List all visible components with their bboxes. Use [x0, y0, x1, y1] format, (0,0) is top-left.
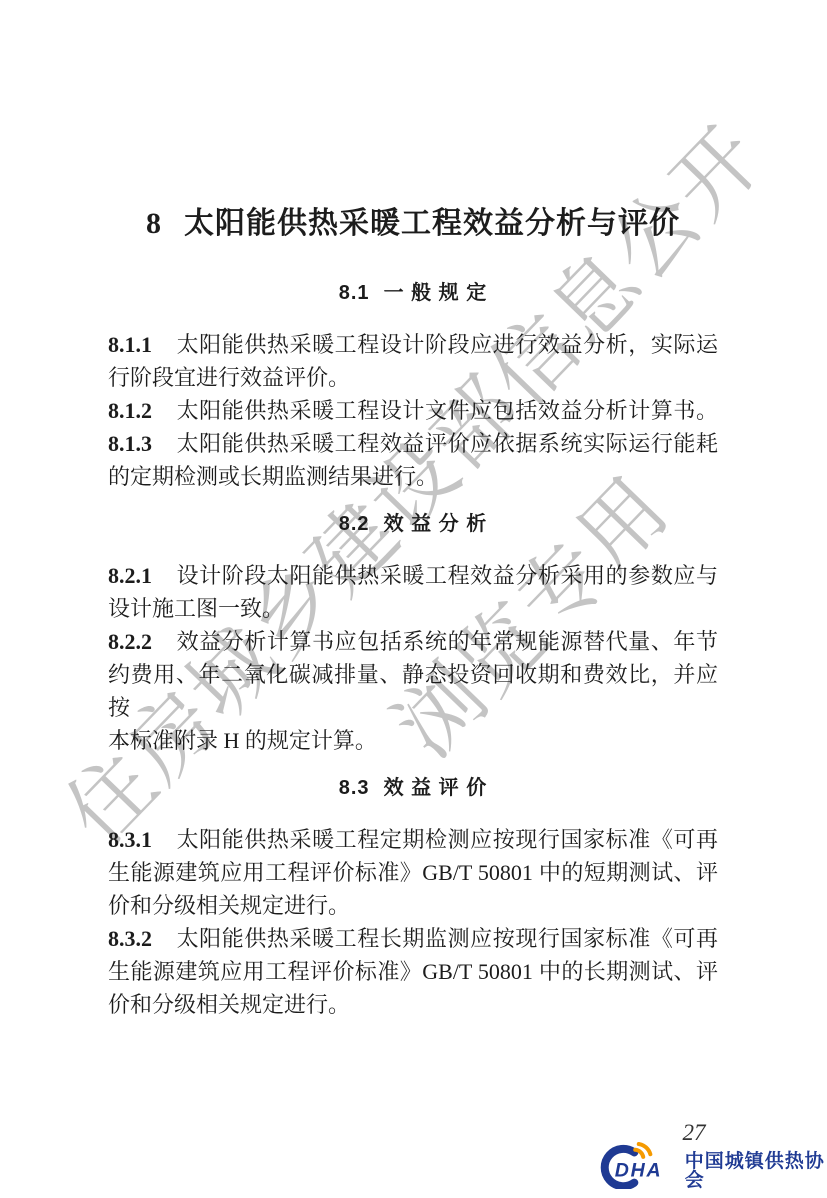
- clause-line: 8.1.1太阳能供热采暖工程设计阶段应进行效益分析，实际运: [108, 328, 718, 361]
- clause-line: 生能源建筑应用工程评价标准》GB/T 50801 中的长期测试、评: [108, 955, 718, 988]
- clause-number: 8.3.1: [108, 827, 152, 852]
- section-title: 效 益 分 析: [384, 511, 488, 537]
- section-number: 8.1: [339, 280, 370, 306]
- clause-line: 价和分级相关规定进行。: [108, 889, 718, 922]
- clause-line: 设计施工图一致。: [108, 592, 718, 625]
- logo-acronym: DHA: [615, 1159, 663, 1181]
- clause-8-3-1: 8.3.1太阳能供热采暖工程定期检测应按现行国家标准《可再 生能源建筑应用工程评…: [108, 823, 718, 922]
- clause-line: 8.3.2太阳能供热采暖工程长期监测应按现行国家标准《可再: [108, 922, 718, 955]
- document-page: 住房城乡建设部信息公开 浏览专用 8 太阳能供热采暖工程效益分析与评价 8.1 …: [0, 0, 827, 1198]
- clause-line: 8.2.2效益分析计算书应包括系统的年常规能源替代量、年节: [108, 625, 718, 658]
- clause-number: 8.2.2: [108, 629, 152, 654]
- section-title: 一 般 规 定: [384, 280, 488, 306]
- section-number: 8.2: [339, 511, 370, 537]
- clause-line: 8.2.1设计阶段太阳能供热采暖工程效益分析采用的参数应与: [108, 559, 718, 592]
- clause-number: 8.1.1: [108, 332, 152, 357]
- clause-number: 8.3.2: [108, 926, 152, 951]
- page-content: 8 太阳能供热采暖工程效益分析与评价 8.1 一 般 规 定 8.1.1太阳能供…: [0, 0, 827, 1021]
- clause-number: 8.2.1: [108, 563, 152, 588]
- section-heading-8-1: 8.1 一 般 规 定: [108, 280, 718, 306]
- clause-8-1-1: 8.1.1太阳能供热采暖工程设计阶段应进行效益分析，实际运 行阶段宜进行效益评价…: [108, 328, 718, 394]
- clause-8-1-2: 8.1.2太阳能供热采暖工程设计文件应包括效益分析计算书。: [108, 394, 718, 427]
- clause-line: 约费用、年二氧化碳减排量、静态投资回收期和费效比，并应按: [108, 658, 718, 724]
- clause-8-2-1: 8.2.1设计阶段太阳能供热采暖工程效益分析采用的参数应与 设计施工图一致。: [108, 559, 718, 625]
- clause-number: 8.1.3: [108, 431, 152, 456]
- section-heading-8-2: 8.2 效 益 分 析: [108, 511, 718, 537]
- clause-line: 8.1.3太阳能供热采暖工程效益评价应依据系统实际运行能耗: [108, 427, 718, 460]
- clause-line: 价和分级相关规定进行。: [108, 988, 718, 1021]
- clause-number: 8.1.2: [108, 398, 152, 423]
- association-name: 中国城镇供热协会: [685, 1138, 827, 1190]
- clause-line: 本标准附录 H 的规定计算。: [108, 724, 718, 757]
- clause-line: 8.3.1太阳能供热采暖工程定期检测应按现行国家标准《可再: [108, 823, 718, 856]
- chapter-title: 8 太阳能供热采暖工程效益分析与评价: [108, 206, 718, 242]
- cdha-logo-icon: DHA: [597, 1139, 679, 1189]
- section-number: 8.3: [339, 775, 370, 801]
- clause-8-1-3: 8.1.3太阳能供热采暖工程效益评价应依据系统实际运行能耗 的定期检测或长期监测…: [108, 427, 718, 493]
- clause-line: 的定期检测或长期监测结果进行。: [108, 460, 718, 493]
- clause-8-2-2: 8.2.2效益分析计算书应包括系统的年常规能源替代量、年节 约费用、年二氧化碳减…: [108, 625, 718, 757]
- clause-line: 生能源建筑应用工程评价标准》GB/T 50801 中的短期测试、评: [108, 856, 718, 889]
- association-logo: DHA 中国城镇供热协会: [597, 1138, 827, 1190]
- section-title: 效 益 评 价: [384, 775, 488, 801]
- clause-line: 8.1.2太阳能供热采暖工程设计文件应包括效益分析计算书。: [108, 394, 718, 427]
- chapter-title-text: 太阳能供热采暖工程效益分析与评价: [184, 206, 680, 242]
- section-heading-8-3: 8.3 效 益 评 价: [108, 775, 718, 801]
- clause-8-3-2: 8.3.2太阳能供热采暖工程长期监测应按现行国家标准《可再 生能源建筑应用工程评…: [108, 922, 718, 1021]
- clause-line: 行阶段宜进行效益评价。: [108, 361, 718, 394]
- chapter-number: 8: [146, 206, 162, 242]
